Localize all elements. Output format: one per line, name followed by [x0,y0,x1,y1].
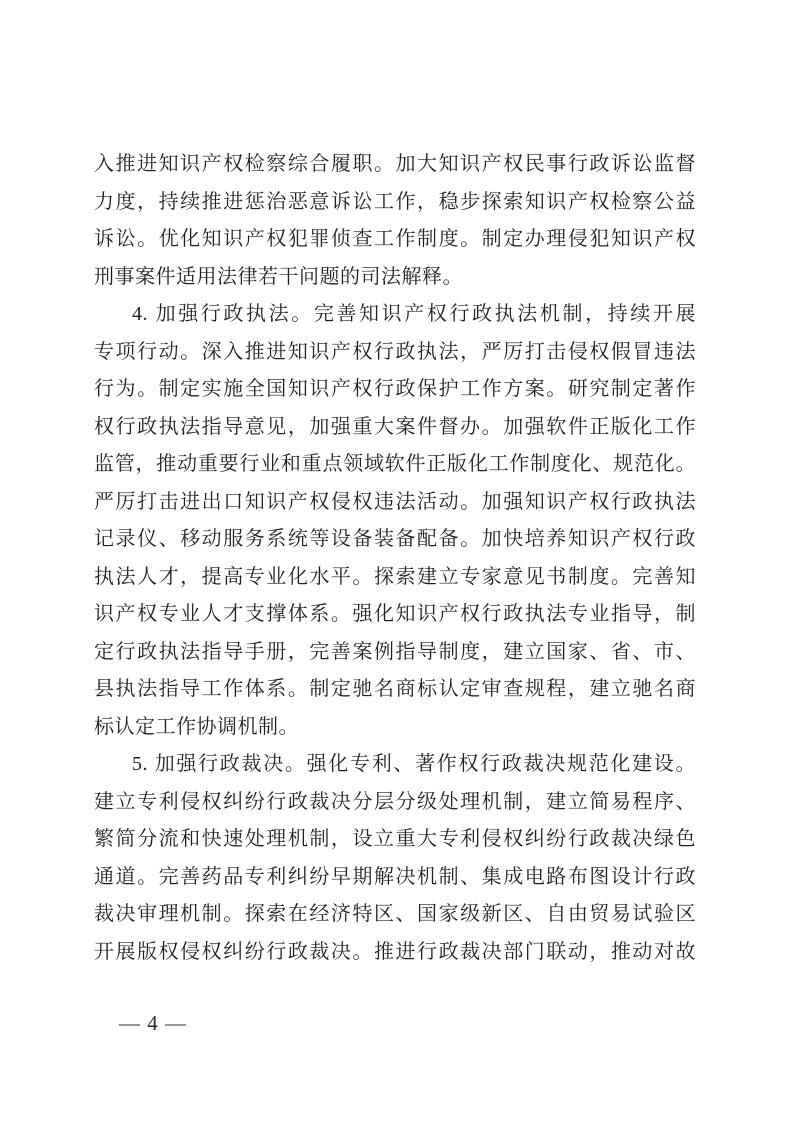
text-line: 行为。制定实施全国知识产权行政保护工作方案。研究制定著作 [94,371,696,409]
text-line: 5. 加强行政裁决。强化专利、著作权行政裁决规范化建设。 [94,746,696,784]
text-line: 识产权专业人才支撑体系。强化知识产权行政执法专业指导，制 [94,596,696,634]
page-number: — 4 — [119,1008,187,1038]
text-line: 入推进知识产权检察综合履职。加大知识产权民事行政诉讼监督 [94,146,696,184]
text-line: 执法人才，提高专业化水平。探索建立专家意见书制度。完善知 [94,559,696,597]
text-line: 县执法指导工作体系。制定驰名商标认定审查规程，建立驰名商 [94,671,696,709]
text-line: 繁简分流和快速处理机制，设立重大专利侵权纠纷行政裁决绿色 [94,821,696,859]
text-line: 严厉打击进出口知识产权侵权违法活动。加强知识产权行政执法 [94,484,696,522]
text-line: 4. 加强行政执法。完善知识产权行政执法机制，持续开展 [94,296,696,334]
text-line: 定行政执法指导手册，完善案例指导制度，建立国家、省、市、 [94,634,696,672]
text-line: 权行政执法指导意见，加强重大案件督办。加强软件正版化工作 [94,409,696,447]
text-line: 裁决审理机制。探索在经济特区、国家级新区、自由贸易试验区 [94,896,696,934]
text-line: 记录仪、移动服务系统等设备装备配备。加快培养知识产权行政 [94,521,696,559]
text-line: 监管，推动重要行业和重点领域软件正版化工作制度化、规范化。 [94,446,696,484]
document-body: 入推进知识产权检察综合履职。加大知识产权民事行政诉讼监督力度，持续推进惩治恶意诉… [94,146,696,971]
paragraph-4-administrative-enforcement: 4. 加强行政执法。完善知识产权行政执法机制，持续开展专项行动。深入推进知识产权… [94,296,696,746]
text-line: 标认定工作协调机制。 [94,709,696,747]
document-page: 入推进知识产权检察综合履职。加大知识产权民事行政诉讼监督力度，持续推进惩治恶意诉… [0,0,794,1123]
paragraph-5-administrative-adjudication: 5. 加强行政裁决。强化专利、著作权行政裁决规范化建设。建立专利侵权纠纷行政裁决… [94,746,696,971]
text-line: 力度，持续推进惩治恶意诉讼工作，稳步探索知识产权检察公益 [94,184,696,222]
text-line: 建立专利侵权纠纷行政裁决分层分级处理机制，建立简易程序、 [94,784,696,822]
text-line: 通道。完善药品专利纠纷早期解决机制、集成电路布图设计行政 [94,859,696,897]
paragraph-judicial-protection-continuation: 入推进知识产权检察综合履职。加大知识产权民事行政诉讼监督力度，持续推进惩治恶意诉… [94,146,696,296]
text-line: 刑事案件适用法律若干问题的司法解释。 [94,259,696,297]
text-line: 开展版权侵权纠纷行政裁决。推进行政裁决部门联动，推动对故 [94,934,696,972]
text-line: 诉讼。优化知识产权犯罪侦查工作制度。制定办理侵犯知识产权 [94,221,696,259]
text-line: 专项行动。深入推进知识产权行政执法，严厉打击侵权假冒违法 [94,334,696,372]
